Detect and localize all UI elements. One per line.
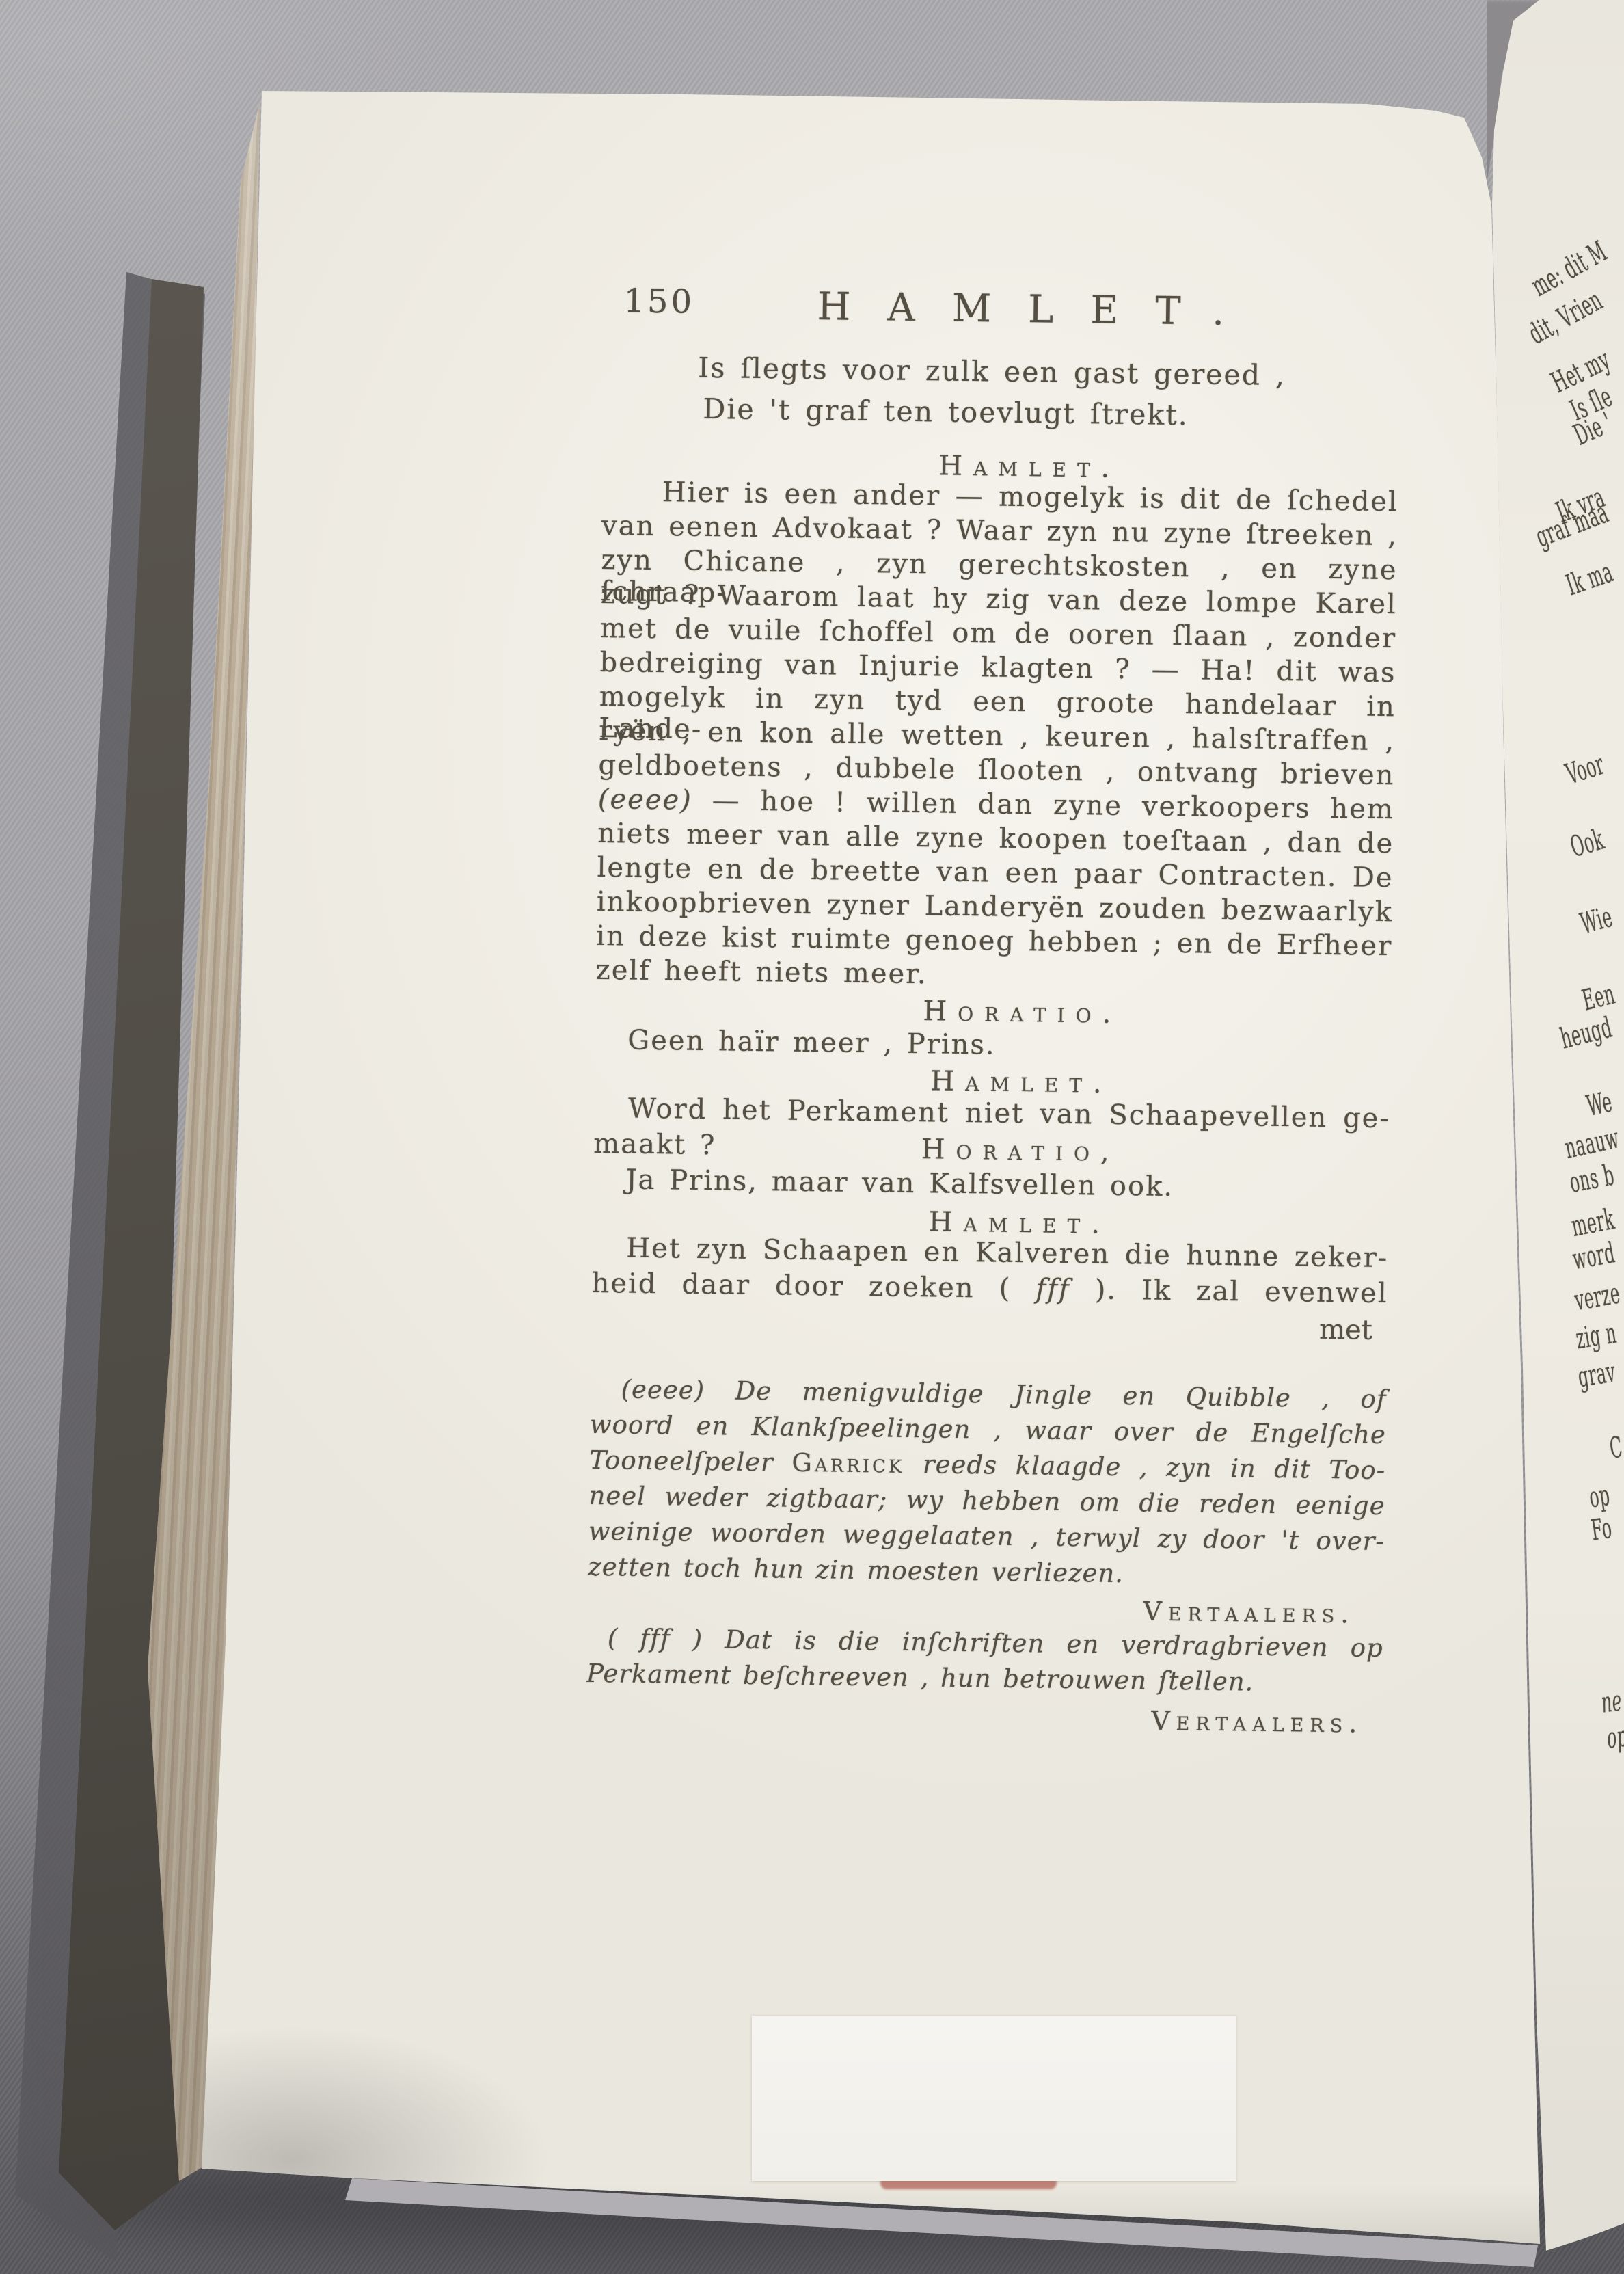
footnote-line: Perkament beſchreeven , hun betrouwen ſt… xyxy=(586,1659,1254,1697)
dialogue-line: Geen haïr meer , Prins. xyxy=(627,1025,996,1061)
facing-fragment: ne xyxy=(1599,1683,1623,1719)
footnote-line: weinige woorden weggelaaten , terwyl zy … xyxy=(588,1516,1385,1556)
dialogue-text: heid daar door zoeken ( xyxy=(591,1268,1036,1305)
footnote-text: reeds klaagde , zyn in dit Too- xyxy=(904,1449,1385,1485)
catchword: met xyxy=(1319,1314,1372,1346)
note-ref: fff xyxy=(1036,1273,1070,1305)
dialogue-line: Ja Prins, maar van Kalfsvellen ook. xyxy=(625,1164,1174,1203)
footnote-line: neel weder zigtbaar; wy hebben om die re… xyxy=(588,1481,1385,1521)
verse-line: Is ſlegts voor zulk een gast gereed , xyxy=(698,351,1286,392)
body-line-text: — hoe ! willen dan zyne verkoopers hem xyxy=(692,785,1395,825)
footnote-line: woord en Klankſpeelingen , waar over de … xyxy=(590,1410,1386,1449)
translators-signature: Vertaalers. xyxy=(1143,1596,1355,1629)
footnote-line: (eeee) De menigvuldige Jingle en Quibble… xyxy=(590,1374,1386,1414)
book-photo: me: dit M dit, Vrien Het my Is ſle Die '… xyxy=(0,0,1624,2274)
facing-fragment: zig n xyxy=(1573,1316,1619,1356)
body-line: zelf heeft niets meer. xyxy=(595,954,928,990)
footnote-text: Tooneelſpeler xyxy=(589,1445,792,1477)
dialogue-line-with-note-ref: heid daar door zoeken ( fff ). Ik zal ev… xyxy=(591,1268,1388,1309)
note-ref: (eeee) xyxy=(598,784,692,816)
translators-signature: Vertaalers. xyxy=(1151,1706,1364,1739)
covering-card xyxy=(752,2016,1236,2181)
actor-name: Garrick xyxy=(791,1448,905,1479)
footnote-line-with-name: Tooneelſpeler Garrick reeds klaagde , zy… xyxy=(589,1445,1385,1485)
dialogue-text: ). Ik zal evenwel xyxy=(1070,1274,1388,1309)
facing-fragment: op xyxy=(1605,1719,1624,1754)
verse-line: Die 't graf ten toevlugt ſtrekt. xyxy=(703,392,1189,431)
page-text-block: 150 HAMLET. Is ſlegts voor zulk een gast… xyxy=(585,273,1401,1822)
facing-fragment: grav xyxy=(1575,1354,1618,1393)
footnote-line: ( fff ) Dat is die inſchriften en verdra… xyxy=(587,1623,1383,1663)
running-title: HAMLET. xyxy=(604,282,1401,336)
footnote-line: zetten toch hun zin moesten verliezen. xyxy=(588,1552,1124,1588)
